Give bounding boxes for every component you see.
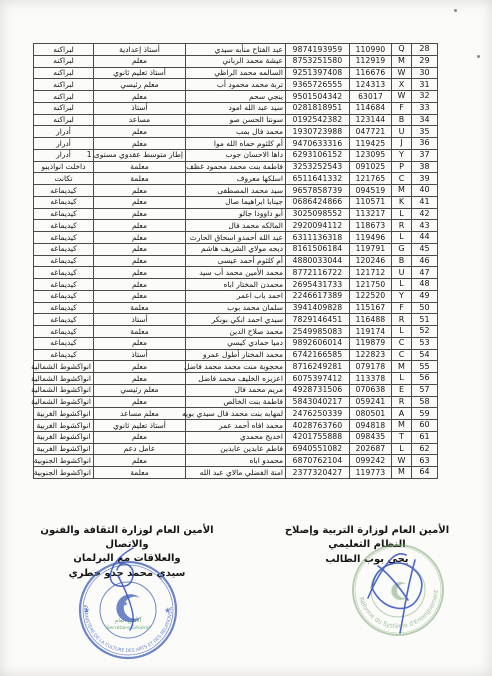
cell-id: 115167	[350, 302, 392, 314]
table-row: 33F1146840281818951سيد عبد الله امودأستا…	[34, 102, 438, 114]
cell-name: اعزيزه الخليف محمد فاضل	[186, 373, 286, 385]
table-row: 46B1202464880033044أم كلثوم أحمد عيسىمعل…	[34, 255, 438, 267]
cell-id: 119773	[350, 467, 392, 479]
cell-letter: L	[392, 373, 412, 385]
cell-region: كيديماغه	[34, 326, 94, 338]
cell-no: 46	[412, 255, 438, 267]
cell-job: معلم	[94, 185, 186, 197]
cell-num: 2695431733	[286, 279, 350, 291]
cell-id: 119496	[350, 232, 392, 244]
cell-letter: C	[392, 337, 412, 349]
table-row: 43R1186732920094112المالكه محمد فالمعلمك…	[34, 220, 438, 232]
cell-no: 63	[412, 455, 438, 467]
cell-job: معلم	[94, 126, 186, 138]
cell-job: أستاذ تعليم ثانوي	[94, 67, 186, 79]
cell-no: 40	[412, 185, 438, 197]
cell-region: انواكشوط الشمالية	[34, 361, 94, 373]
cell-no: 58	[412, 396, 438, 408]
cell-letter: T	[392, 431, 412, 443]
cell-no: 37	[412, 149, 438, 161]
cell-letter: R	[392, 220, 412, 232]
cell-num: 2549985083	[286, 326, 350, 338]
cell-job: معلم رئيسي	[94, 384, 186, 396]
cell-region: كيديماغه	[34, 255, 94, 267]
cell-num: 8161506184	[286, 243, 350, 255]
table-row: 47U1217128772116722محمد الأمين محمد أب س…	[34, 267, 438, 279]
cell-job: معلم	[94, 396, 186, 408]
cell-no: 44	[412, 232, 438, 244]
cell-name: فاطمة بنت محمد محمود غظف	[186, 161, 286, 173]
cell-region: لبراكنه	[34, 55, 94, 67]
table-row: 56L1133786075397412اعزيزه الخليف محمد فا…	[34, 373, 438, 385]
cell-name: فاطمة بنت الخالص	[186, 396, 286, 408]
cell-region: أدرار	[34, 138, 94, 150]
cell-num: 5843040217	[286, 396, 350, 408]
stamp-center-french: Secrétaire Général	[106, 624, 150, 631]
svg-text:Réforme du Système d'Enseignem: Réforme du Système d'Enseignement	[357, 589, 440, 630]
cell-job: معلم	[94, 243, 186, 255]
cell-no: 54	[412, 349, 438, 361]
cell-id: 113378	[350, 373, 392, 385]
cell-region: كيديماغه	[34, 337, 94, 349]
signature-block-culture: الأمين العام لوزارة الثقافة والفنون والا…	[22, 524, 232, 581]
stamp-star-left: ★	[83, 606, 90, 615]
cell-letter: R	[392, 314, 412, 326]
table-row: 61T0984354201755888اخديج محمديمعلمانواكش…	[34, 431, 438, 443]
cell-region: انواكشوط الغربية	[34, 443, 94, 455]
cell-no: 52	[412, 326, 438, 338]
stamp-center-arabic: الأمين العام	[115, 616, 142, 624]
official-title-line1: الأمين العام لوزارة الثقافة والفنون والا…	[22, 524, 232, 552]
cell-job: إطار متوسط عقدوي مستوى 1	[94, 149, 186, 161]
cell-no: 43	[412, 220, 438, 232]
cell-id: 119174	[350, 326, 392, 338]
cell-no: 31	[412, 79, 438, 91]
cell-region: انواكشوط الجنوبية	[34, 455, 94, 467]
cell-region: لبراكنه	[34, 67, 94, 79]
cell-no: 30	[412, 67, 438, 79]
table-row: 35U0477211930723988محمد فال بمبمعلمأدرار	[34, 126, 438, 138]
cell-region: انواكشوط الغربية	[34, 420, 94, 432]
cell-name: محمدو اباه	[186, 455, 286, 467]
cell-job: معلم	[94, 196, 186, 208]
official-title-line2: والعلاقات مع البرلمان	[22, 552, 232, 566]
cell-letter: M	[392, 361, 412, 373]
table-row: 62L2026876940551082فاطم عابدين عابدينعام…	[34, 443, 438, 455]
cell-job: معلم	[94, 208, 186, 220]
cell-name: لمهابه بنت محمد فال سيدي بويه	[186, 408, 286, 420]
cell-job: معلم	[94, 373, 186, 385]
cell-job: عامل دعم	[94, 443, 186, 455]
cell-no: 32	[412, 91, 438, 103]
cell-job: معلم	[94, 290, 186, 302]
cell-name: السالمه محمد الراظي	[186, 67, 286, 79]
signature-block-education: الأمين العام لوزارة التربية وإصلاح النظا…	[262, 524, 472, 567]
cell-name: ديجه مولاي الشريف هاشم	[186, 243, 286, 255]
cell-region: أدرار	[34, 149, 94, 161]
table-row: 64M1197732377320427امنة الفضلي مالاي عبد…	[34, 467, 438, 479]
cell-letter: B	[392, 114, 412, 126]
cell-num: 9892606014	[286, 337, 350, 349]
cell-name: داها الاحسان جوب	[186, 149, 286, 161]
cell-num: 9251397408	[286, 67, 350, 79]
table-row: 41K1105710686424866جينابا ابراهيما صالمع…	[34, 196, 438, 208]
cell-letter: U	[392, 126, 412, 138]
cell-no: 41	[412, 196, 438, 208]
cell-job: مساعد	[94, 114, 186, 126]
cell-id: 094818	[350, 420, 392, 432]
cell-letter: F	[392, 102, 412, 114]
cell-letter: Q	[392, 44, 412, 56]
cell-region: كيديماغه	[34, 208, 94, 220]
cell-id: 113217	[350, 208, 392, 220]
cell-letter: A	[392, 408, 412, 420]
cell-no: 36	[412, 138, 438, 150]
cell-name: أم كلثوم أحمد عيسى	[186, 255, 286, 267]
official-title-line2: النظام التعليمي	[262, 538, 472, 552]
cell-no: 39	[412, 173, 438, 185]
table-row: 50F1151673941409828سلمان محمد بوبمعلمةكي…	[34, 302, 438, 314]
cell-region: لبراكنه	[34, 79, 94, 91]
cell-job: معلم	[94, 361, 186, 373]
cell-no: 48	[412, 279, 438, 291]
cell-region: لبراكنه	[34, 114, 94, 126]
cell-id: 099242	[350, 455, 392, 467]
cell-letter: C	[392, 173, 412, 185]
cell-region: كيديماغه	[34, 185, 94, 197]
cell-num: 2476250339	[286, 408, 350, 420]
cell-no: 60	[412, 420, 438, 432]
cell-job: معلم	[94, 431, 186, 443]
cell-name: عيشة محمد الرباني	[186, 55, 286, 67]
cell-letter: X	[392, 79, 412, 91]
table-row: 57E0706384928731506مريم محمد فالمعلم رئي…	[34, 384, 438, 396]
cell-letter: U	[392, 267, 412, 279]
cell-region: انواكشوط الشمالية	[34, 384, 94, 396]
cell-id: 122823	[350, 349, 392, 361]
cell-no: 29	[412, 55, 438, 67]
cell-job: معلم	[94, 337, 186, 349]
cell-id: 059241	[350, 396, 392, 408]
cell-name: فاطم عابدين عابدين	[186, 443, 286, 455]
cell-letter: P	[392, 161, 412, 173]
cell-id: 119791	[350, 243, 392, 255]
cell-num: 1930723988	[286, 126, 350, 138]
cell-name: مريم محمد فال	[186, 384, 286, 396]
cell-num: 2377320427	[286, 467, 350, 479]
cell-id: 121765	[350, 173, 392, 185]
table-row: 59A0805012476250339لمهابه بنت محمد فال س…	[34, 408, 438, 420]
cell-id: 094519	[350, 185, 392, 197]
cell-letter: L	[392, 443, 412, 455]
cell-no: 33	[412, 102, 438, 114]
cell-no: 55	[412, 361, 438, 373]
cell-region: لبراكنه	[34, 102, 94, 114]
cell-region: أدرار	[34, 126, 94, 138]
cell-region: انواكشوط الشمالية	[34, 396, 94, 408]
cell-num: 8772116722	[286, 267, 350, 279]
table-row: 42L1132173025098552أبو داوودا جالومعلمكي…	[34, 208, 438, 220]
table-row: 30W1166769251397408السالمه محمد الراظيأس…	[34, 67, 438, 79]
cell-region: كيديماغه	[34, 196, 94, 208]
cell-name: محمد افاه أحمد عمر	[186, 420, 286, 432]
cell-num: 9657858739	[286, 185, 350, 197]
cell-job: معلم	[94, 279, 186, 291]
table-row: 31X1243139365726555تربة محمد محمود أبمعل…	[34, 79, 438, 91]
cell-name: أبو داوودا جالو	[186, 208, 286, 220]
cell-name: امنة الفضلي مالاي عبد الله	[186, 467, 286, 479]
cell-id: 114684	[350, 102, 392, 114]
cell-num: 4028763760	[286, 420, 350, 432]
cell-no: 34	[412, 114, 438, 126]
cell-num: 7829146451	[286, 314, 350, 326]
cell-no: 49	[412, 290, 438, 302]
stamp-star-right: ★	[164, 606, 171, 615]
cell-name: عبد الفتاح منأبه سيدي	[186, 44, 286, 56]
cell-region: انواكشوط الغربية	[34, 408, 94, 420]
cell-job: معلم مساعد	[94, 408, 186, 420]
cell-no: 47	[412, 267, 438, 279]
cell-num: 0192542382	[286, 114, 350, 126]
cell-region: لبراكنه	[34, 91, 94, 103]
cell-letter: M	[392, 55, 412, 67]
cell-job: أستاذ	[94, 349, 186, 361]
cell-num: 3025098552	[286, 208, 350, 220]
cell-job: معلم رئيسي	[94, 79, 186, 91]
cell-job: معلمة	[94, 302, 186, 314]
cell-name: أم كلثوم حماه الله موا	[186, 138, 286, 150]
cell-letter: W	[392, 455, 412, 467]
cell-num: 8716249281	[286, 361, 350, 373]
cell-no: 35	[412, 126, 438, 138]
cell-no: 62	[412, 443, 438, 455]
cell-region: انواكشوط الغربية	[34, 431, 94, 443]
cell-num: 9501504342	[286, 91, 350, 103]
cell-region: كيديماغه	[34, 279, 94, 291]
table-row: 58R0592415843040217فاطمة بنت الخالصمعلما…	[34, 396, 438, 408]
cell-job: معلم	[94, 232, 186, 244]
table-row: 28Q1109909874193959عبد الفتاح منأبه سيدي…	[34, 44, 438, 56]
cell-num: 3941409828	[286, 302, 350, 314]
cell-name: محمد صلاح الدين	[186, 326, 286, 338]
cell-letter: Y	[392, 149, 412, 161]
cell-name: عبد الله أحمدو اسحاق الحارث	[186, 232, 286, 244]
cell-region: كيديماغه	[34, 349, 94, 361]
staff-roster-table: 28Q1109909874193959عبد الفتاح منأبه سيدي…	[33, 43, 438, 479]
cell-region: كيديماغه	[34, 220, 94, 232]
table-row: 32W630179501504342ينجي سحممعلملبراكنه	[34, 91, 438, 103]
table-row: 60M0948184028763760محمد افاه أحمد عمرأست…	[34, 420, 438, 432]
table-row: 49Y1225202246617389احمد باب اعمرمعلمكيدي…	[34, 290, 438, 302]
cell-no: 28	[412, 44, 438, 56]
table-row: 44L1194966311136318عبد الله أحمدو اسحاق …	[34, 232, 438, 244]
cell-id: 116676	[350, 67, 392, 79]
cell-num: 6940551082	[286, 443, 350, 455]
cell-num: 6870762104	[286, 455, 350, 467]
cell-name: محجوبة منت محمد محمد فاضل	[186, 361, 286, 373]
cell-name: دميا حمادي كيسي	[186, 337, 286, 349]
cell-region: تكانت	[34, 173, 94, 185]
cell-name: المالكه محمد فال	[186, 220, 286, 232]
cell-id: 120246	[350, 255, 392, 267]
cell-region: كيديماغه	[34, 232, 94, 244]
table-row: 52L1191742549985083محمد صلاح الدينمعلمةك…	[34, 326, 438, 338]
cell-name: اسلكها معروف	[186, 173, 286, 185]
cell-num: 6293106152	[286, 149, 350, 161]
cell-id: 110990	[350, 44, 392, 56]
cell-id: 119425	[350, 138, 392, 150]
cell-region: كيديماغه	[34, 243, 94, 255]
cell-no: 59	[412, 408, 438, 420]
cell-num: 9470633316	[286, 138, 350, 150]
cell-region: كيديماغه	[34, 267, 94, 279]
cell-job: أستاذ تعليم ثانوي	[94, 420, 186, 432]
cell-num: 9874193959	[286, 44, 350, 56]
table-row: 36J1194259470633316أم كلثوم حماه الله مو…	[34, 138, 438, 150]
table-row: 37Y1230956293106152داها الاحسان جوبإطار …	[34, 149, 438, 161]
cell-num: 4928731506	[286, 384, 350, 396]
cell-letter: C	[392, 349, 412, 361]
cell-region: انواكشوط الجنوبية	[34, 467, 94, 479]
cell-num: 2246617389	[286, 290, 350, 302]
star-icon: ★	[122, 600, 128, 608]
cell-num: 6511641332	[286, 173, 350, 185]
cell-region: انواكشوط الشمالية	[34, 373, 94, 385]
cell-letter: W	[392, 67, 412, 79]
cell-letter: M	[392, 185, 412, 197]
table-row: 38P0910253253252543فاطمة بنت محمد محمود …	[34, 161, 438, 173]
cell-name: محمد المختار أطول عمرو	[186, 349, 286, 361]
cell-num: 4201755888	[286, 431, 350, 443]
cell-job: معلم	[94, 55, 186, 67]
cell-name: ينجي سحم	[186, 91, 286, 103]
cell-no: 42	[412, 208, 438, 220]
cell-letter: K	[392, 196, 412, 208]
cell-id: 122520	[350, 290, 392, 302]
crescent-icon	[116, 594, 142, 622]
cell-letter: J	[392, 138, 412, 150]
cell-name: سيدي احمد انكي بوبكر	[186, 314, 286, 326]
cell-letter: L	[392, 208, 412, 220]
cell-letter: B	[392, 255, 412, 267]
cell-num: 6075397412	[286, 373, 350, 385]
cell-num: 6311136318	[286, 232, 350, 244]
cell-no: 64	[412, 467, 438, 479]
cell-job: معلم	[94, 91, 186, 103]
scan-speck	[477, 55, 480, 58]
cell-name: اخديج محمدي	[186, 431, 286, 443]
cell-name: سلمان محمد بوب	[186, 302, 286, 314]
cell-letter: E	[392, 384, 412, 396]
official-title-line1: الأمين العام لوزارة التربية وإصلاح	[262, 524, 472, 538]
cell-id: 123144	[350, 114, 392, 126]
cell-name: محمد الأمين محمد أب سيد	[186, 267, 286, 279]
cell-job: أستاذ	[94, 314, 186, 326]
cell-id: 121750	[350, 279, 392, 291]
cell-region: لبراكنه	[34, 44, 94, 56]
cell-num: 8753251580	[286, 55, 350, 67]
cell-job: معلمة	[94, 326, 186, 338]
cell-id: 119879	[350, 337, 392, 349]
cell-letter: L	[392, 326, 412, 338]
cell-letter: F	[392, 302, 412, 314]
cell-name: سيد محمد المصطفى	[186, 185, 286, 197]
table-row: 45G1197918161506184ديجه مولاي الشريف هاش…	[34, 243, 438, 255]
cell-name: احمد باب اعمر	[186, 290, 286, 302]
cell-job: معلمة	[94, 173, 186, 185]
table-row: 34B1231440192542382سونتا الحسن صومساعدلب…	[34, 114, 438, 126]
cell-region: كيديماغه	[34, 302, 94, 314]
cell-id: 098435	[350, 431, 392, 443]
table-row: 55M0791788716249281محجوبة منت محمد محمد …	[34, 361, 438, 373]
cell-no: 53	[412, 337, 438, 349]
official-name: يحي بوب الطالب	[262, 553, 472, 567]
cell-num: 6742166585	[286, 349, 350, 361]
cell-region: كيديماغه	[34, 290, 94, 302]
cell-job: أستاذ إعدادية	[94, 44, 186, 56]
cell-num: 9365726555	[286, 79, 350, 91]
cell-name: جينابا ابراهيما صال	[186, 196, 286, 208]
official-name: سيدي محمد جدو خطري	[22, 567, 232, 581]
cell-id: 080501	[350, 408, 392, 420]
cell-job: معلم	[94, 267, 186, 279]
cell-name: سيد عبد الله امود	[186, 102, 286, 114]
cell-no: 38	[412, 161, 438, 173]
scan-speck	[454, 9, 457, 12]
cell-job: معلم	[94, 138, 186, 150]
cell-id: 116488	[350, 314, 392, 326]
cell-no: 45	[412, 243, 438, 255]
table-row: 48L1217502695431733محمدن المختار اباهمعل…	[34, 279, 438, 291]
cell-id: 079178	[350, 361, 392, 373]
cell-region: داخلت انواذيبو	[34, 161, 94, 173]
cell-no: 57	[412, 384, 438, 396]
cell-no: 51	[412, 314, 438, 326]
cell-id: 121712	[350, 267, 392, 279]
cell-job: معلمة	[94, 161, 186, 173]
table-row: 51R1164887829146451سيدي احمد انكي بوبكرأ…	[34, 314, 438, 326]
cell-letter: M	[392, 420, 412, 432]
cell-id: 118673	[350, 220, 392, 232]
cell-no: 56	[412, 373, 438, 385]
table-row: 40M0945199657858739سيد محمد المصطفىمعلمك…	[34, 185, 438, 197]
table-row: 39C1217656511641332اسلكها معروفمعلمةتكان…	[34, 173, 438, 185]
cell-job: معلمة	[94, 467, 186, 479]
table-row: 29M1129198753251580عيشة محمد الربانيمعلم…	[34, 55, 438, 67]
cell-letter: L	[392, 232, 412, 244]
stamp-ring-text: Réforme du Système d'Enseignement	[357, 589, 440, 630]
cell-num: 3253252543	[286, 161, 350, 173]
table-body: 28Q1109909874193959عبد الفتاح منأبه سيدي…	[34, 44, 438, 479]
cell-name: محمد فال بمب	[186, 126, 286, 138]
cell-num: 0281818951	[286, 102, 350, 114]
document-page: 28Q1109909874193959عبد الفتاح منأبه سيدي…	[0, 0, 492, 676]
table-row: 53C1198799892606014دميا حمادي كيسيمعلمكي…	[34, 337, 438, 349]
cell-id: 112919	[350, 55, 392, 67]
cell-name: سونتا الحسن صو	[186, 114, 286, 126]
cell-no: 50	[412, 302, 438, 314]
cell-name: تربة محمد محمود أب	[186, 79, 286, 91]
cell-id: 091025	[350, 161, 392, 173]
cell-letter: W	[392, 91, 412, 103]
cell-letter: G	[392, 243, 412, 255]
cell-job: معلم	[94, 220, 186, 232]
cell-name: محمدن المختار اباه	[186, 279, 286, 291]
cell-id: 070638	[350, 384, 392, 396]
cell-id: 110571	[350, 196, 392, 208]
table-row: 63W0992426870762104محمدو اباهمعلمانواكشو…	[34, 455, 438, 467]
cell-letter: R	[392, 396, 412, 408]
